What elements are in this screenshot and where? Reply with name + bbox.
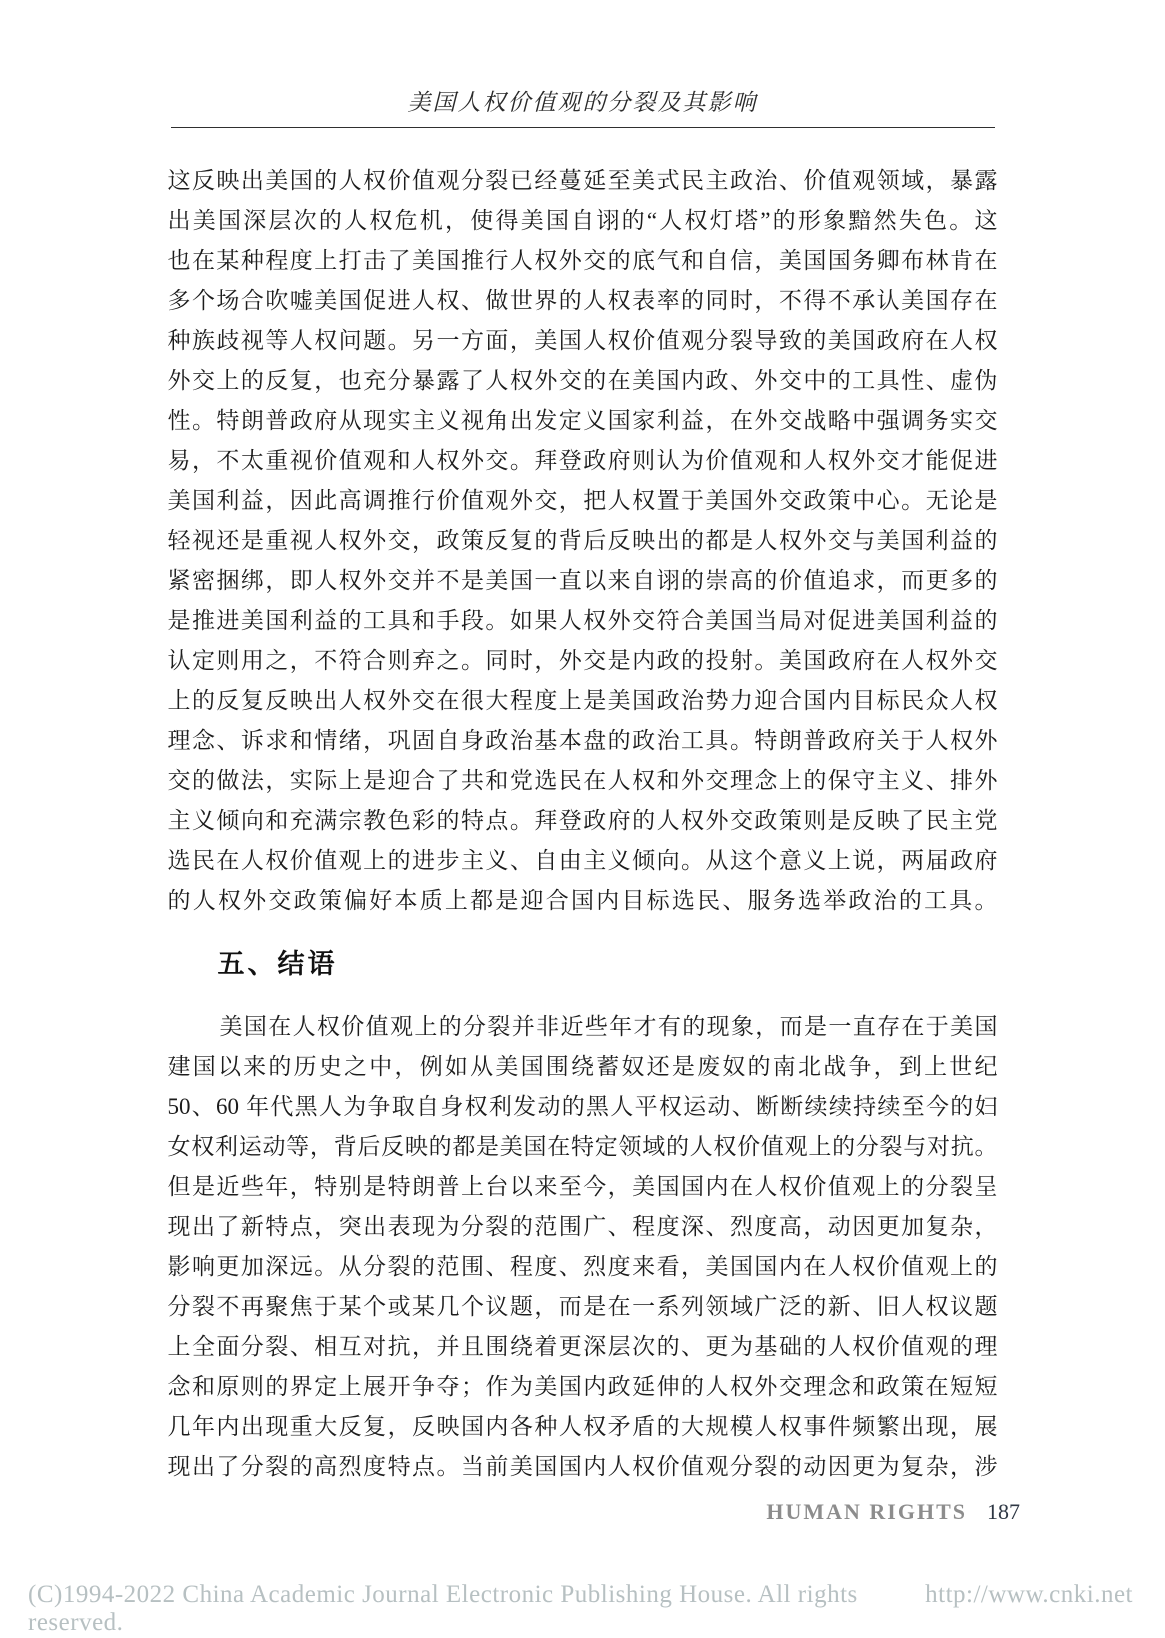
body-line: 女权利运动等，背后反映的都是美国在特定领域的人权价值观上的分裂与对抗。 [168,1127,998,1167]
body-line: 是推进美国利益的工具和手段。如果人权外交符合美国当局对促进美国利益的 [168,601,998,641]
body-line: 上的反复反映出人权外交在很大程度上是美国政治势力迎合国内目标民众人权 [168,681,998,721]
body-line: 理念、诉求和情绪，巩固自身政治基本盘的政治工具。特朗普政府关于人权外 [168,721,998,761]
header-rule [171,127,995,128]
body-line: 紧密捆绑，即人权外交并不是美国一直以来自诩的崇高的价值追求，而更多的 [168,561,998,601]
body-line: 性。特朗普政府从现实主义视角出发定义国家利益，在外交战略中强调务实交 [168,401,998,441]
body-line: 种族歧视等人权问题。另一方面，美国人权价值观分裂导致的美国政府在人权 [168,321,998,361]
body-line: 现出了新特点，突出表现为分裂的范围广、程度深、烈度高，动因更加复杂， [168,1207,998,1247]
body-line: 多个场合吹嘘美国促进人权、做世界的人权表率的同时，不得不承认美国存在 [168,281,998,321]
page-number: 187 [987,1499,1020,1525]
body-line: 主义倾向和充满宗教色彩的特点。拜登政府的人权外交政策则是反映了民主党 [168,801,998,841]
body-line: 但是近些年，特别是特朗普上台以来至今，美国国内在人权价值观上的分裂呈 [168,1167,998,1207]
body-line: 外交上的反复，也充分暴露了人权外交的在美国内政、外交中的工具性、虚伪 [168,361,998,401]
section-heading-conclusion: 五、结语 [168,947,998,981]
paragraph-1: 这反映出美国的人权价值观分裂已经蔓延至美式民主政治、价值观领域，暴露 出美国深层… [168,161,998,921]
watermark-copyright: (C)1994-2022 China Academic Journal Elec… [28,1581,925,1637]
body-line: 易，不太重视价值观和人权外交。拜登政府则认为价值观和人权外交才能促进 [168,441,998,481]
journal-name: HUMAN RIGHTS [766,1499,967,1525]
journal-page: 美国人权价值观的分裂及其影响 这反映出美国的人权价值观分裂已经蔓延至美式民主政治… [0,0,1165,1638]
body-line: 出美国深层次的人权危机，使得美国自诩的“人权灯塔”的形象黯然失色。这 [168,201,998,241]
body-line: 建国以来的历史之中，例如从美国围绕蓄奴还是废奴的南北战争，到上世纪 [168,1047,998,1087]
body-line: 美国利益，因此高调推行价值观外交，把人权置于美国外交政策中心。无论是 [168,481,998,521]
watermark-url: http://www.cnki.net [925,1581,1133,1609]
body-line: 这反映出美国的人权价值观分裂已经蔓延至美式民主政治、价值观领域，暴露 [168,161,998,201]
body-line: 交的做法，实际上是迎合了共和党选民在人权和外交理念上的保守主义、排外 [168,761,998,801]
body-line: 轻视还是重视人权外交，政策反复的背后反映出的都是人权外交与美国利益的 [168,521,998,561]
running-title: 美国人权价值观的分裂及其影响 [0,0,1165,118]
article-body: 这反映出美国的人权价值观分裂已经蔓延至美式民主政治、价值观领域，暴露 出美国深层… [168,161,998,1487]
body-line: 也在某种程度上打击了美国推行人权外交的底气和自信，美国国务卿布林肯在 [168,241,998,281]
body-line: 选民在人权价值观上的进步主义、自由主义倾向。从这个意义上说，两届政府 [168,841,998,881]
body-line: 影响更加深远。从分裂的范围、程度、烈度来看，美国国内在人权价值观上的 [168,1247,998,1287]
body-line: 分裂不再聚焦于某个或某几个议题，而是在一系列领域广泛的新、旧人权议题 [168,1287,998,1327]
body-line: 上全面分裂、相互对抗，并且围绕着更深层次的、更为基础的人权价值观的理 [168,1327,998,1367]
cnki-watermark: (C)1994-2022 China Academic Journal Elec… [28,1581,1133,1637]
body-line: 现出了分裂的高烈度特点。当前美国国内人权价值观分裂的动因更为复杂，涉 [168,1447,998,1487]
body-line: 50、60 年代黑人为争取自身权利发动的黑人平权运动、断断续续持续至今的妇 [168,1087,998,1127]
body-line: 美国在人权价值观上的分裂并非近些年才有的现象，而是一直存在于美国 [168,1007,998,1047]
page-footer: HUMAN RIGHTS 187 [766,1499,1020,1525]
body-line: 几年内出现重大反复，反映国内各种人权矛盾的大规模人权事件频繁出现，展 [168,1407,998,1447]
body-line: 念和原则的界定上展开争夺；作为美国内政延伸的人权外交理念和政策在短短 [168,1367,998,1407]
body-line: 认定则用之，不符合则弃之。同时，外交是内政的投射。美国政府在人权外交 [168,641,998,681]
paragraph-2: 美国在人权价值观上的分裂并非近些年才有的现象，而是一直存在于美国 建国以来的历史… [168,1007,998,1487]
body-line: 的人权外交政策偏好本质上都是迎合国内目标选民、服务选举政治的工具。 [168,881,998,921]
